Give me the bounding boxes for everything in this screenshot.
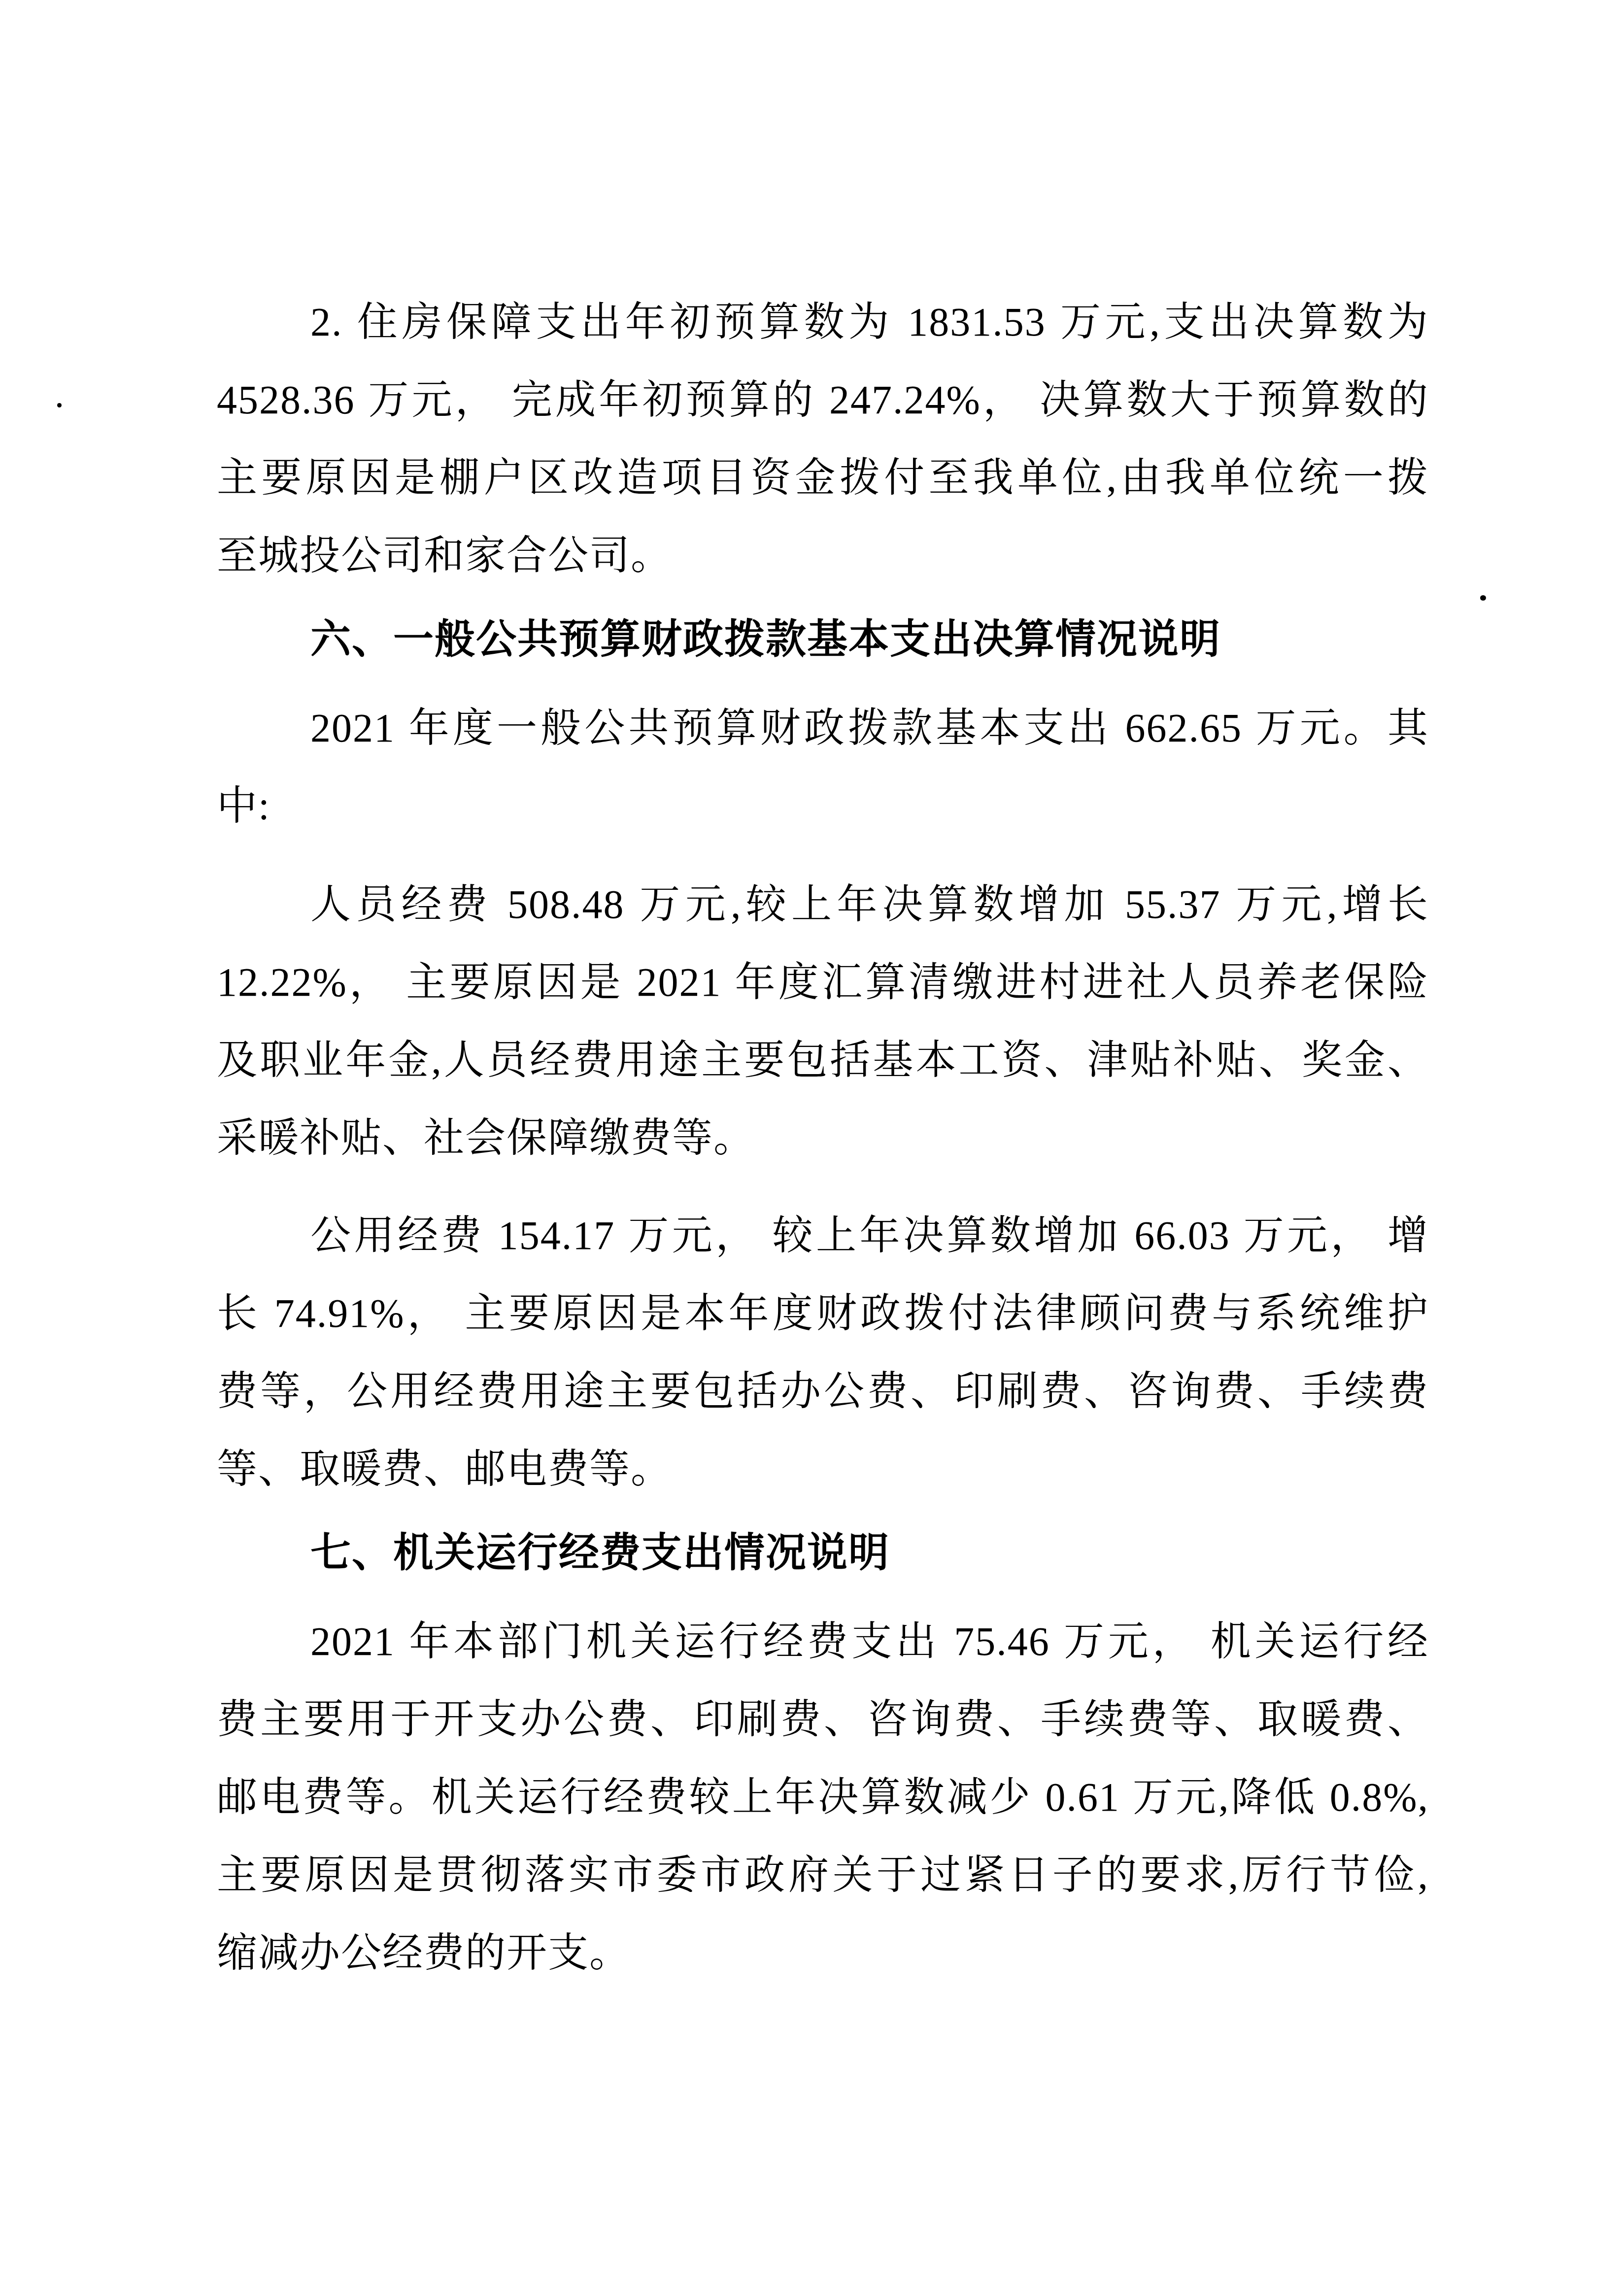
body-line: 主要原因是贯彻落实市委市政府关于过紧日子的要求,厉行节俭, xyxy=(217,1836,1429,1914)
body-line: 主要原因是棚户区改造项目资金拨付至我单位,由我单位统一拨 xyxy=(217,439,1429,517)
body-line: 费等，公用经费用途主要包括办公费、印刷费、咨询费、手续费 xyxy=(217,1352,1429,1430)
body-line: 采暖补贴、社会保障缴费等。 xyxy=(217,1099,1429,1177)
body-line: 12.22%， 主要原因是 2021 年度汇算清缴进村进社人员养老保险 xyxy=(217,944,1429,1021)
body-line: 至城投公司和家合公司。 xyxy=(217,517,1429,595)
body-line: 及职业年金,人员经费用途主要包括基本工资、津贴补贴、奖金、 xyxy=(217,1021,1429,1099)
document-page: 2. 住房保障支出年初预算数为 1831.53 万元,支出决算数为 4528.3… xyxy=(0,0,1624,2294)
body-line: 2. 住房保障支出年初预算数为 1831.53 万元,支出决算数为 xyxy=(217,283,1429,361)
section-heading-7: 七、机关运行经费支出情况说明 xyxy=(217,1514,1429,1592)
body-line: 2021 年本部门机关运行经费支出 75.46 万元， 机关运行经 xyxy=(217,1603,1429,1681)
scan-speck xyxy=(1480,595,1486,601)
body-line: 等、取暖费、邮电费等。 xyxy=(217,1430,1429,1508)
body-line: 公用经费 154.17 万元， 较上年决算数增加 66.03 万元， 增 xyxy=(217,1197,1429,1275)
body-line: 缩减办公经费的开支。 xyxy=(217,1914,1429,1992)
body-line: 2021 年度一般公共预算财政拨款基本支出 662.65 万元。其 xyxy=(217,689,1429,767)
body-line: 长 74.91%， 主要原因是本年度财政拨付法律顾问费与系统维护 xyxy=(217,1275,1429,1352)
body-line: 中: xyxy=(217,767,1429,845)
body-line: 人员经费 508.48 万元,较上年决算数增加 55.37 万元,增长 xyxy=(217,866,1429,944)
body-line: 邮电费等。机关运行经费较上年决算数减少 0.61 万元,降低 0.8%, xyxy=(217,1758,1429,1836)
section-heading-6: 六、一般公共预算财政拨款基本支出决算情况说明 xyxy=(217,601,1429,678)
scan-speck xyxy=(57,403,62,407)
body-line: 费主要用于开支办公费、印刷费、咨询费、手续费等、取暖费、 xyxy=(217,1681,1429,1758)
document-text-block: 2. 住房保障支出年初预算数为 1831.53 万元,支出决算数为 4528.3… xyxy=(217,283,1429,1992)
body-line: 4528.36 万元， 完成年初预算的 247.24%， 决算数大于预算数的 xyxy=(217,361,1429,439)
